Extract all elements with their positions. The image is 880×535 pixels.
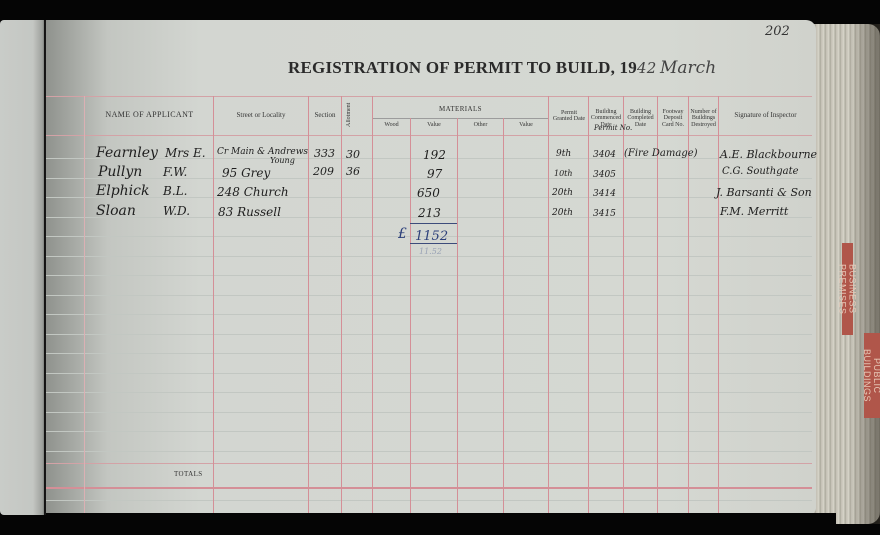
rule-top [46,96,812,97]
writing-line [46,500,812,501]
entry-permit-no: 3405 [593,170,616,180]
header-wood: Wood [373,122,410,128]
vline-street [308,96,309,514]
bottom-shadow [46,513,836,535]
entry-note: (Fire Damage) [624,148,698,159]
title-printed: REGISTRATION OF PERMIT TO BUILD, 19 [288,58,637,77]
header-permit-granted: Permit Granted Date [551,110,587,123]
entry-permit-date: 10th [554,169,573,178]
entry-value: 650 [417,186,440,200]
header-buildings-destroyed: Number of Buildings Destroyed [689,109,718,128]
vline-margin [84,96,85,514]
entry-section: 209 [313,165,334,178]
entry-street: 95 Grey [222,166,270,180]
vline-destroyed [718,96,719,514]
writing-line [46,353,812,354]
writing-line [46,392,812,393]
header-allotment: Allotment [346,100,366,130]
entry-value: 97 [427,167,442,181]
header-building-completed: Building Completed Date [624,109,657,128]
writing-line [46,373,812,374]
vline-section [341,96,342,514]
header-value-1: Value [411,122,457,128]
writing-line [46,431,812,432]
header-materials: MATERIALS [373,106,548,113]
vline-allotment [372,96,373,514]
entry-permit-date: 9th [556,149,571,159]
vline-permit [588,96,589,514]
entry-permit-no: 3415 [593,209,616,219]
total-value: 1152 [415,229,448,244]
entry-permit-date: 20th [552,208,573,218]
entry-inspector: A.E. Blackbourne [720,148,817,161]
vline-value2 [548,96,549,514]
total-currency: £ [398,226,407,242]
header-other: Other [458,122,503,128]
header-value-2: Value [504,122,548,128]
index-tab-business-premises[interactable]: BUSINESS PREMISES [842,243,853,335]
entry-value: 213 [418,206,441,220]
header-name: NAME OF APPLICANT [86,111,213,119]
year-handwritten: 42 [637,59,657,77]
entry-street: 83 Russell [218,205,281,219]
entry-initials: Mrs E. [165,146,206,160]
entry-permit-date: 20th [552,188,573,198]
sum-rule-bottom [410,243,457,244]
total-pencil-note: 11.52 [419,247,442,256]
writing-line [46,451,812,452]
rule-materials [373,118,548,119]
entry-surname: Pullyn [98,164,142,180]
rule-totals-bottom [46,487,812,489]
entry-allotment: 36 [346,165,360,178]
vline-wood [410,118,411,514]
month-handwritten: March [660,58,716,78]
entry-initials: B.L. [163,184,187,198]
writing-line [46,314,812,315]
entry-permit-no: 3414 [593,189,616,199]
ledger-page [46,20,816,514]
rule-totals-top [46,463,812,464]
entry-section: 333 [314,147,335,160]
entry-street-extra: Young [270,156,295,165]
writing-line [46,295,812,296]
entry-surname: Fearnley [96,145,158,161]
rule-header-bottom [46,135,812,136]
header-street: Street or Locality [214,112,308,119]
entry-permit-no: 3404 [593,150,616,160]
writing-line [46,256,812,257]
page-title: REGISTRATION OF PERMIT TO BUILD, 1942 [288,58,656,78]
writing-line [46,334,812,335]
writing-line [46,275,812,276]
sum-rule-top [410,223,457,224]
entry-inspector: C.G. Southgate [722,166,799,177]
entry-inspector: F.M. Merritt [720,205,788,218]
header-signature: Signature of Inspector [719,112,812,119]
totals-label: TOTALS [174,470,203,478]
entry-initials: F.W. [163,165,187,179]
vline-other [503,118,504,514]
entry-value: 192 [423,148,446,162]
entry-inspector: J. Barsanti & Son [716,186,812,199]
page-number: 202 [765,24,790,39]
entry-allotment: 30 [346,148,360,161]
writing-line [46,412,812,413]
entry-initials: W.D. [163,204,190,218]
header-section: Section [309,112,341,119]
vline-value1 [457,118,458,514]
vline-name [213,96,214,514]
header-footway-deposit: Footway Deposit Card No. [658,109,688,128]
entry-surname: Sloan [96,203,136,219]
entry-surname: Elphick [96,183,149,199]
index-tab-public-buildings[interactable]: PUBLIC BUILDINGS [864,333,880,418]
left-page-edge [0,20,47,515]
entry-street: 248 Church [217,185,289,199]
